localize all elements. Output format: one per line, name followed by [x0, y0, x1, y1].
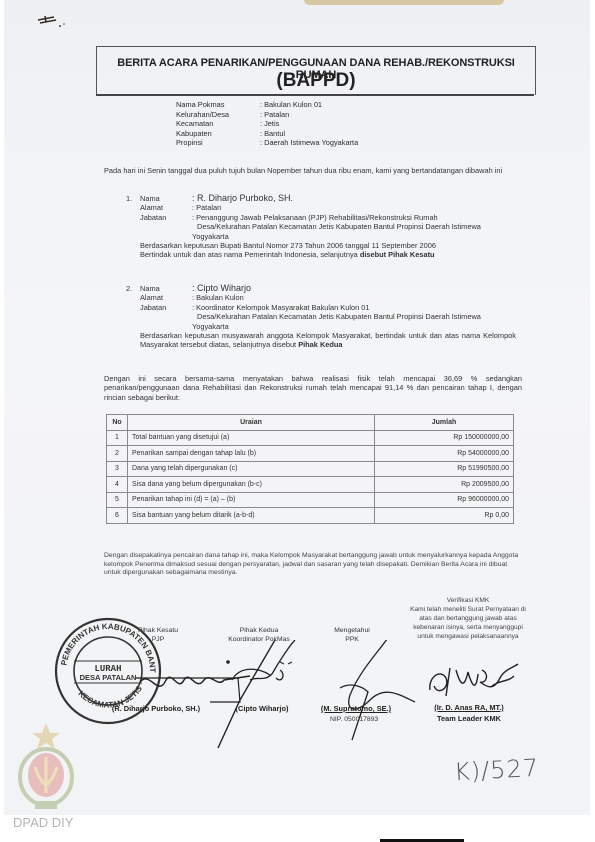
- witness-nip: NIP. 050017893: [330, 716, 378, 723]
- info-row: Kelurahan/DesaPatalan: [176, 110, 358, 120]
- table-row: 6Sisa bantuan yang belum ditarik (a-b-d)…: [107, 508, 514, 524]
- kmk-role: Team Leader KMK: [414, 714, 524, 724]
- funding-table: No Uraian Jumlah 1Total bantuan yang dis…: [106, 414, 514, 524]
- document-subtitle: (BAPPD): [97, 70, 535, 92]
- folder-tab: [304, 0, 504, 5]
- handwritten-code: K)/527: [453, 754, 539, 786]
- info-row: KecamatanJetis: [176, 119, 358, 129]
- info-row: PropinsiDaerah Istimewa Yogyakarta: [176, 138, 358, 148]
- info-row: Nama PokmasBakulan Kulon 01: [176, 100, 358, 110]
- table-row: 4Sisa dana yang belum dipergunakan (b-c)…: [107, 477, 514, 493]
- statement-paragraph: Dengan ini secara bersama-sama menyataka…: [104, 374, 522, 402]
- header-divider: [96, 94, 534, 96]
- intro-paragraph: Pada hari ini Senin tanggal dua puluh tu…: [104, 166, 522, 175]
- dpad-emblem-icon: [15, 723, 77, 815]
- kmk-verification: Verifikasi KMK Kami telah meneliti Surat…: [408, 596, 528, 641]
- witness-signatory: (M. Supratomo, SE.): [310, 704, 402, 714]
- party-two-name: Cipto Wiharjo: [192, 283, 251, 293]
- pokmas-info: Nama PokmasBakulan Kulon 01 Kelurahan/De…: [176, 100, 358, 148]
- signatures-ink: [100, 640, 430, 750]
- document-header: BERITA ACARA PENARIKAN/PENGGUNAAN DANA R…: [96, 46, 536, 95]
- kmk-signature-ink: [420, 660, 530, 702]
- header-description: Uraian: [128, 415, 375, 431]
- info-row: KabupatenBantul: [176, 129, 358, 139]
- header-amount: Jumlah: [375, 415, 514, 431]
- kmk-signatory: (Ir. D. Anas RA, MT.): [414, 703, 524, 713]
- table-row: 1Total bantuan yang disetujui (a)Rp 1500…: [107, 430, 514, 446]
- archive-watermark: DPAD DIY: [13, 815, 73, 830]
- party-two-signatory: (Cipto Wiharjo): [222, 704, 302, 714]
- table-row: 2Penarikan sampai dengan tahap lalu (b)R…: [107, 446, 514, 462]
- closing-paragraph: Dengan disepakatinya pencairan dana taha…: [104, 552, 524, 578]
- table-row: 5Penarikan tahap ini (d) = (a) – (b)Rp 9…: [107, 492, 514, 508]
- party-one-name: R. Diharjo Purboko, SH.: [192, 193, 293, 203]
- pen-mark-icon: [36, 12, 66, 28]
- party-one: 1.NamaR. Diharjo Purboko, SH. AlamatPata…: [126, 194, 516, 260]
- party-one-signatory: (R. Diharjo Purboko, SH.): [104, 704, 208, 714]
- party-two: 2.NamaCipto Wiharjo AlamatBakulan Kulon …: [126, 284, 516, 350]
- header-no: No: [107, 415, 128, 431]
- table-row: 3Dana yang telah dipergunakan (c)Rp 5199…: [107, 461, 514, 477]
